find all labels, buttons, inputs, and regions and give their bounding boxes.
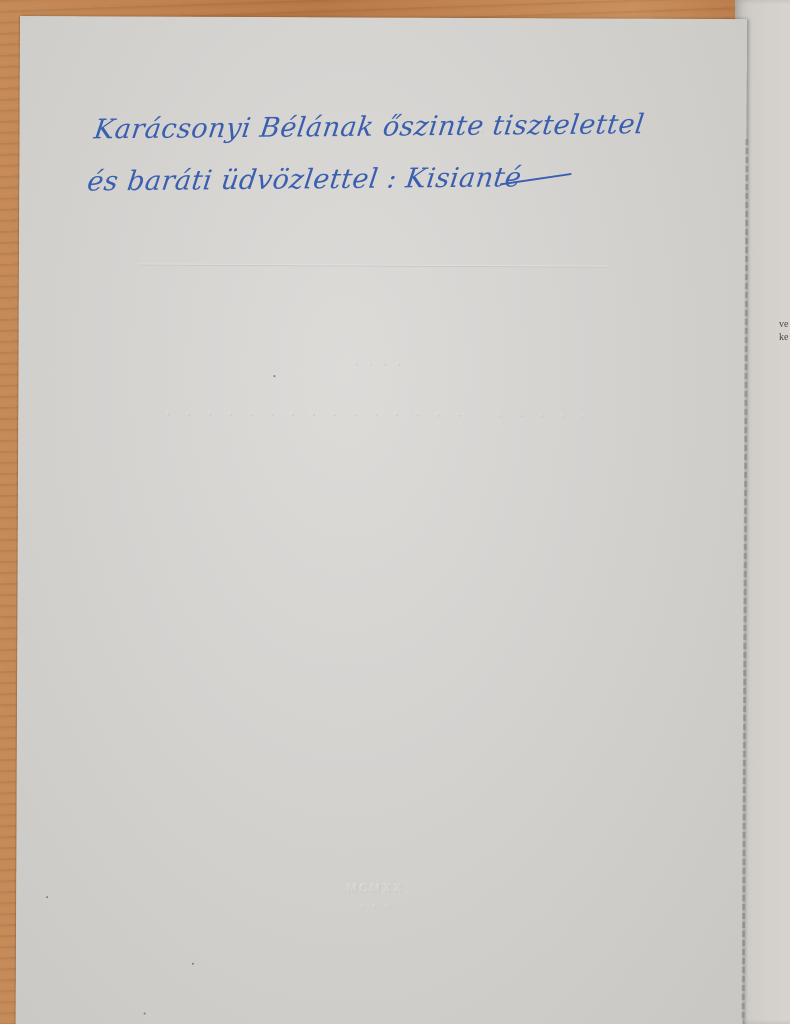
- paper-speck: [192, 963, 194, 965]
- facing-page-text: ve ke: [779, 318, 788, 344]
- paper-speck: [46, 896, 48, 898]
- embossed-year-line: MCMXX: [326, 879, 426, 897]
- embossed-rule: [139, 264, 609, 267]
- paper-speck: [144, 1013, 146, 1015]
- dedication-line-2: és baráti üdvözlettel : Kisianté: [84, 150, 731, 208]
- facing-text-line: ke: [779, 331, 788, 344]
- embossed-subtitle-show-through: · · · ·: [148, 357, 608, 375]
- handwritten-dedication: Karácsonyi Bélának őszinte tisztelettel …: [84, 98, 738, 208]
- embossed-line-show-through: · · · · · · · · · · · · · · · · · · · · …: [128, 406, 628, 425]
- book-page: · · · · · · · · · · · · · · · · · · · · …: [16, 16, 747, 1024]
- dedication-line-2-text: és baráti üdvözlettel : Kisianté: [85, 162, 523, 197]
- paper-speck: [273, 375, 275, 377]
- dedication-line-1: Karácsonyi Bélának őszinte tisztelettel: [91, 98, 738, 156]
- embossed-year-line: · · ·: [326, 897, 426, 915]
- embossed-year-show-through: MCMXX · · ·: [326, 879, 426, 915]
- facing-text-line: ve: [779, 318, 788, 331]
